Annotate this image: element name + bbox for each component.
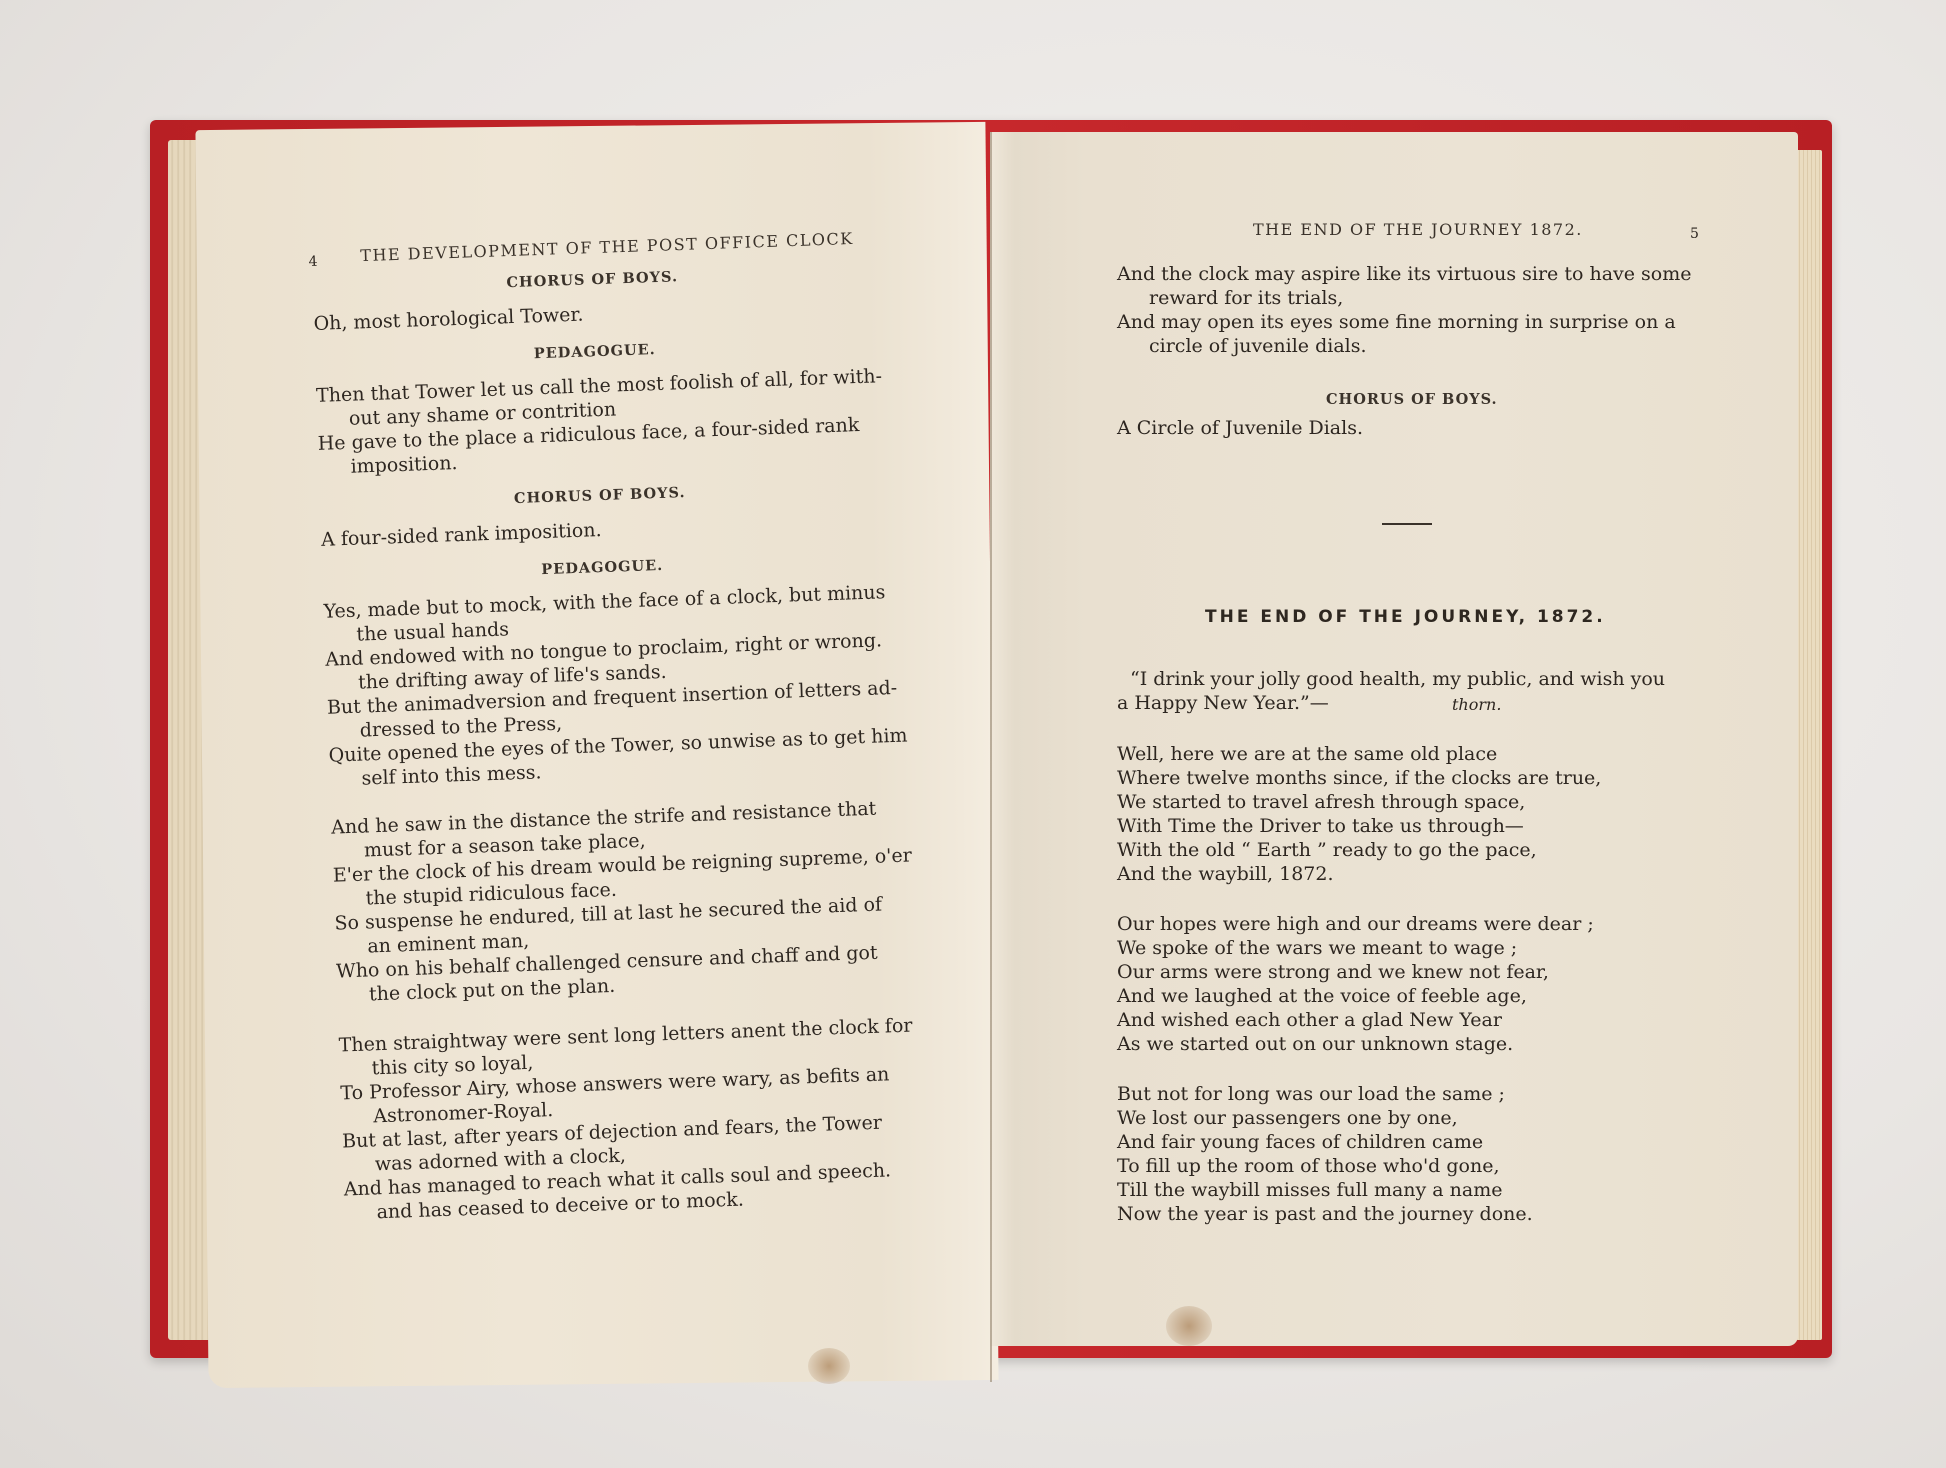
epigraph-attribution: thorn. bbox=[1452, 693, 1501, 717]
right-chorus-speaker: CHORUS OF BOYS. bbox=[1326, 388, 1498, 412]
poem-line: And the waybill, 1872. bbox=[1117, 862, 1601, 886]
verse-line: And may open its eyes some fine morning … bbox=[1117, 310, 1692, 334]
poem-line: And fair young faces of children came bbox=[1117, 1130, 1601, 1154]
poem-line: But not for long was our load the same ; bbox=[1117, 1082, 1601, 1106]
right-running-head: THE END OF THE JOURNEY 1872. bbox=[1253, 218, 1583, 242]
poem-line: Our arms were strong and we knew not fea… bbox=[1117, 960, 1601, 984]
poem-line: Where twelve months since, if the clocks… bbox=[1117, 766, 1601, 790]
right-page-stack bbox=[1796, 150, 1822, 1340]
epigraph-line-2: a Happy New Year.”— bbox=[1117, 691, 1329, 715]
right-chorus-line: A Circle of Juvenile Dials. bbox=[1117, 416, 1363, 440]
verse-line: circle of juvenile dials. bbox=[1117, 334, 1692, 358]
left-page-body: CHORUS OF BOYS.Oh, most horological Towe… bbox=[312, 258, 924, 1226]
poem-line: As we started out on our unknown stage. bbox=[1117, 1032, 1601, 1056]
right-page-number: 5 bbox=[1690, 222, 1699, 246]
stain-right-bottom bbox=[1166, 1306, 1212, 1346]
left-page-number: 4 bbox=[308, 250, 318, 274]
section-divider bbox=[1382, 523, 1432, 525]
poem-line: We started to travel afresh through spac… bbox=[1117, 790, 1601, 814]
poem-line: Now the year is past and the journey don… bbox=[1117, 1202, 1601, 1226]
poem-stanzas: Well, here we are at the same old placeW… bbox=[1117, 742, 1601, 1226]
verse-line: And the clock may aspire like its virtuo… bbox=[1117, 262, 1692, 286]
poem-line: And we laughed at the voice of feeble ag… bbox=[1117, 984, 1601, 1008]
poem-line: With Time the Driver to take us through— bbox=[1117, 814, 1601, 838]
verse-line: reward for its trials, bbox=[1117, 286, 1692, 310]
poem-line: Our hopes were high and our dreams were … bbox=[1117, 912, 1601, 936]
poem-line: We lost our passengers one by one, bbox=[1117, 1106, 1601, 1130]
book-gutter bbox=[990, 132, 992, 1382]
epigraph-line-1: “I drink your jolly good health, my publ… bbox=[1130, 667, 1665, 691]
poem-line: Till the waybill misses full many a name bbox=[1117, 1178, 1601, 1202]
poem-line: With the old “ Earth ” ready to go the p… bbox=[1117, 838, 1601, 862]
poem-title: THE END OF THE JOURNEY, 1872. bbox=[1205, 605, 1606, 629]
poem-line: Well, here we are at the same old place bbox=[1117, 742, 1601, 766]
poem-line: To fill up the room of those who'd gone, bbox=[1117, 1154, 1601, 1178]
stain-left-bottom bbox=[808, 1348, 850, 1384]
poem-line: And wished each other a glad New Year bbox=[1117, 1008, 1601, 1032]
poem-line: We spoke of the wars we meant to wage ; bbox=[1117, 936, 1601, 960]
right-continuation: And the clock may aspire like its virtuo… bbox=[1117, 262, 1692, 358]
